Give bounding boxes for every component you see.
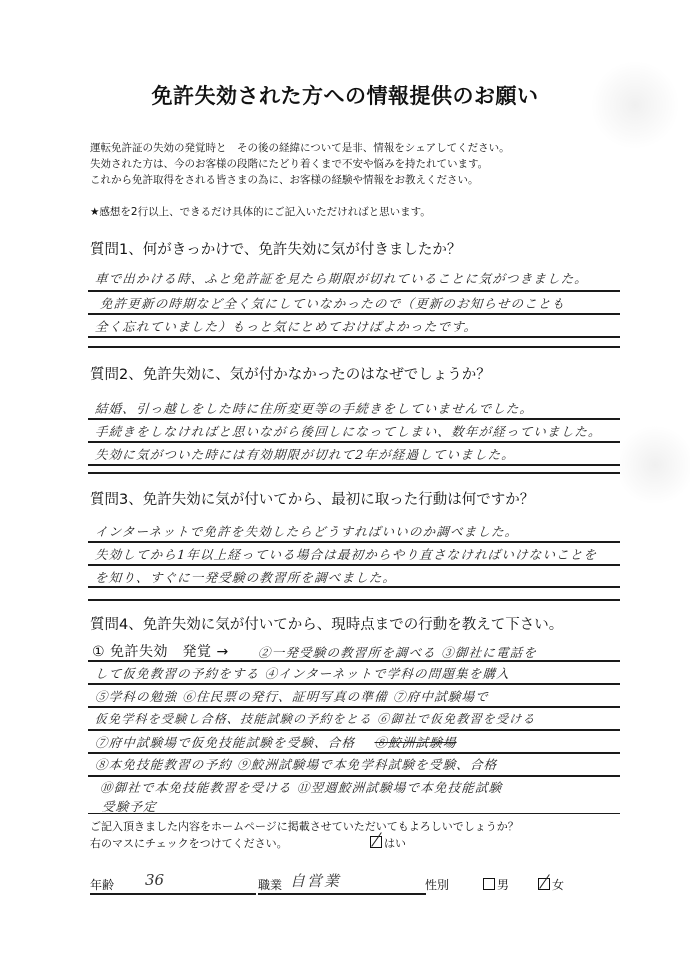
consent-question: ご記入頂きました内容をホームページに掲載させていただいてもよろしいでしょうか？ bbox=[90, 818, 519, 835]
occupation-label: 職業 bbox=[258, 876, 282, 893]
gender-option-male[interactable]: 男 bbox=[483, 876, 509, 893]
answer-rule bbox=[88, 599, 620, 601]
question-4-answer-line: して仮免教習の予約をする ④インターネットで学科の問題集を購入 bbox=[94, 664, 510, 682]
intro-line: 失効された方は、今のお客様の段階にたどり着くまで不安や悩みを持たれています。 bbox=[90, 156, 510, 172]
answer-rule bbox=[88, 290, 620, 292]
page-title: 免許失効された方への情報提供のお願い bbox=[0, 80, 690, 110]
question-4-heading: 質問4、免許失効に気が付いてから、現時点までの行動を教えて下さい。 bbox=[90, 613, 563, 634]
instruction-note: ★感想を2行以上、できるだけ具体的にご記入いただければと思います。 bbox=[90, 204, 431, 220]
question-1-heading: 質問1、何がきっかけで、免許失効に気が付きましたか？ bbox=[90, 238, 461, 259]
gender-label: 性別 bbox=[425, 876, 449, 893]
question-1-answer-line: 車で出かける時、ふと免許証を見たら期限が切れていることに気がつきました。 bbox=[94, 269, 588, 287]
question-2-answer-line: 手続きをしなければと思いながら後回しになってしまい、数年が経っていました。 bbox=[94, 422, 602, 440]
gender-option-label: 男 bbox=[497, 878, 509, 892]
question-3-answer-line: インターネットで免許を失効したらどうすればいいのか調べました。 bbox=[94, 522, 519, 540]
answer-rule bbox=[88, 683, 620, 685]
answer-rule bbox=[88, 706, 620, 708]
consent-option-label: はい bbox=[384, 837, 406, 850]
answer-text: ⑦府中試験場で仮免技能試験を受験、合格 bbox=[94, 735, 355, 750]
question-4-answer-line: ⑤学科の勉強 ⑥住民票の発行、証明写真の準備 ⑦府中試験場で bbox=[94, 687, 489, 705]
gender-option-label: 女 bbox=[552, 878, 564, 892]
question-4-answer-line: ⑧本免技能教習の予約 ⑨鮫洲試験場で本免学科試験を受験、合格 bbox=[94, 755, 498, 773]
question-2-heading: 質問2、免許失効に、気が付かなかったのはなぜでしょうか？ bbox=[90, 363, 491, 384]
question-2-answer-line: 失効に気がついた時には有効期限が切れて2年が経過していました。 bbox=[94, 445, 515, 463]
answer-rule bbox=[88, 472, 620, 474]
occupation-value[interactable]: 自営業 bbox=[290, 870, 341, 891]
question-4-answer-line: ⑩御社で本免技能教習を受ける ⑪翌週鮫洲試験場で本免技能試験 bbox=[99, 778, 503, 796]
answer-rule bbox=[88, 464, 620, 466]
answer-rule bbox=[88, 418, 620, 420]
age-value[interactable]: 36 bbox=[145, 871, 164, 889]
age-field-line bbox=[90, 893, 256, 895]
gender-female-checkbox[interactable] bbox=[538, 878, 550, 890]
intro-line: 運転免許証の失効の発覚時と その後の経緯について是非、情報をシェアしてください。 bbox=[90, 140, 510, 156]
answer-rule bbox=[88, 729, 620, 731]
consent-instruction: 右のマスにチェックをつけてください。 bbox=[90, 835, 288, 852]
gender-male-checkbox[interactable] bbox=[483, 878, 495, 890]
question-4-answer-line: ⑦府中試験場で仮免技能試験を受験、合格 ⑧鮫洲試験場 bbox=[94, 733, 457, 751]
answer-rule bbox=[88, 564, 620, 566]
answer-rule bbox=[88, 813, 620, 814]
question-4-answer-line: ②一発受験の教習所を調べる ③御社に電話を bbox=[257, 643, 537, 661]
gender-option-female[interactable]: 女 bbox=[538, 876, 564, 893]
occupation-field-line bbox=[258, 893, 426, 895]
answer-rule bbox=[88, 586, 620, 588]
answer-rule bbox=[88, 441, 620, 443]
question-4-answer-line: 仮免学科を受験し合格、技能試験の予約をとる ⑥御社で仮免教習を受ける bbox=[94, 710, 536, 727]
answer-rule bbox=[88, 313, 620, 315]
answer-rule bbox=[88, 541, 620, 543]
age-label: 年齢 bbox=[90, 876, 114, 893]
question-1-answer-line: 全く忘れていました）もっと気にとめておけばよかったです。 bbox=[94, 317, 478, 335]
answer-rule bbox=[88, 346, 620, 348]
consent-option[interactable]: はい bbox=[370, 835, 406, 852]
question-3-answer-line: を知り、すぐに一発受験の教習所を調べました。 bbox=[94, 568, 397, 586]
answer-rule bbox=[88, 752, 620, 754]
question-3-heading: 質問3、免許失効に気が付いてから、最初に取った行動は何ですか？ bbox=[90, 488, 534, 509]
answer-rule bbox=[88, 660, 620, 662]
question-2-answer-line: 結婚、引っ越しをした時に住所変更等の手続きをしていませんでした。 bbox=[94, 399, 534, 417]
answer-rule bbox=[88, 775, 620, 777]
scan-noise bbox=[620, 420, 690, 510]
question-1-answer-line: 免許更新の時期など全く気にしていなかったので（更新のお知らせのことも bbox=[99, 294, 566, 312]
intro-line: これから免許取得をされる皆さまの為に、お客様の経験や情報をお教えください。 bbox=[90, 172, 510, 188]
question-3-answer-line: 失効してから1年以上経っている場合は最初からやり直さなければいけないことを bbox=[94, 545, 598, 563]
consent-checkbox[interactable] bbox=[370, 836, 382, 848]
intro-text: 運転免許証の失効の発覚時と その後の経緯について是非、情報をシェアしてください。… bbox=[90, 140, 510, 188]
question-4-printed-prefix: ① 免許失効 発覚 → bbox=[92, 641, 229, 661]
struck-text: ⑧鮫洲試験場 bbox=[374, 735, 457, 750]
answer-rule bbox=[88, 336, 620, 338]
